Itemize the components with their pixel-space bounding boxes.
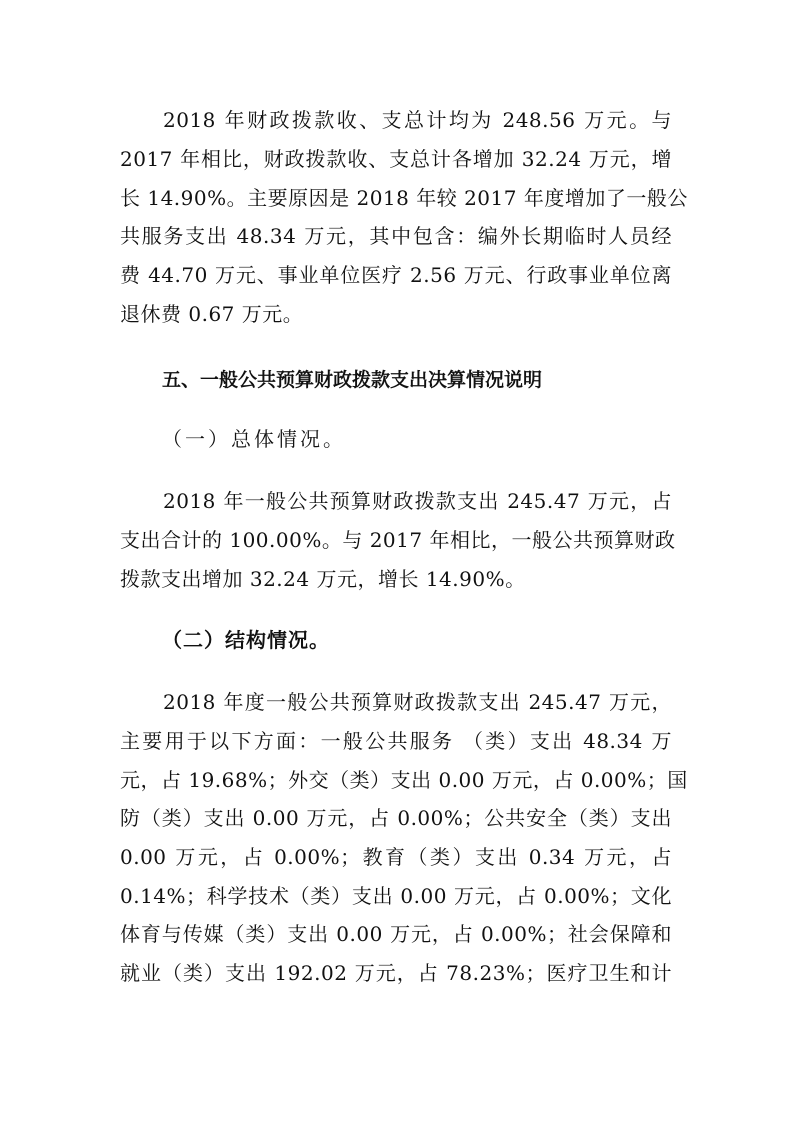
subsection-2-line-3: 元，占 19.68%；外交（类）支出 0.00 万元，占 0.00%；国 <box>120 765 672 795</box>
subsection-2-line-6: 0.14%；科学技术（类）支出 0.00 万元，占 0.00%；文化 <box>120 881 672 911</box>
subsection-1-line-3: 拨款支出增加 32.24 万元，增长 14.90%。 <box>120 564 672 594</box>
subsection-2-line-2: 主要用于以下方面：一般公共服务 （类）支出 48.34 万 <box>120 726 672 756</box>
document-page: 2018 年财政拨款收、支总计均为 248.56 万元。与 2017 年相比，财… <box>0 0 794 1123</box>
paragraph-1-line-4: 共服务支出 48.34 万元，其中包含：编外长期临时人员经 <box>120 221 672 251</box>
subsection-2-title: （二）结构情况。 <box>162 625 330 655</box>
paragraph-1-line-5: 费 44.70 万元、事业单位医疗 2.56 万元、行政事业单位离 <box>120 260 672 290</box>
subsection-2-line-5: 0.00 万元，占 0.00%；教育（类）支出 0.34 万元，占 <box>120 842 672 872</box>
subsection-2-line-7: 体育与传媒（类）支出 0.00 万元，占 0.00%；社会保障和 <box>120 919 672 949</box>
subsection-1-line-2: 支出合计的 100.00%。与 2017 年相比，一般公共预算财政 <box>120 525 672 555</box>
paragraph-1-line-2: 2017 年相比，财政拨款收、支总计各增加 32.24 万元，增 <box>120 144 672 174</box>
paragraph-1-line-3: 长 14.90%。主要原因是 2018 年较 2017 年度增加了一般公 <box>120 183 672 213</box>
section-heading: 五、一般公共预算财政拨款支出决算情况说明 <box>162 365 542 395</box>
subsection-1-title: （一）总体情况。 <box>162 424 346 454</box>
subsection-1-line-1: 2018 年一般公共预算财政拨款支出 245.47 万元，占 <box>163 486 672 516</box>
subsection-2-line-8: 就业（类）支出 192.02 万元，占 78.23%；医疗卫生和计 <box>120 958 672 988</box>
paragraph-1-line-1: 2018 年财政拨款收、支总计均为 248.56 万元。与 <box>163 105 672 135</box>
subsection-2-line-4: 防（类）支出 0.00 万元，占 0.00%；公共安全（类）支出 <box>120 803 672 833</box>
paragraph-1-line-6: 退休费 0.67 万元。 <box>120 299 672 329</box>
subsection-2-line-1: 2018 年度一般公共预算财政拨款支出 245.47 万元， <box>163 687 672 717</box>
